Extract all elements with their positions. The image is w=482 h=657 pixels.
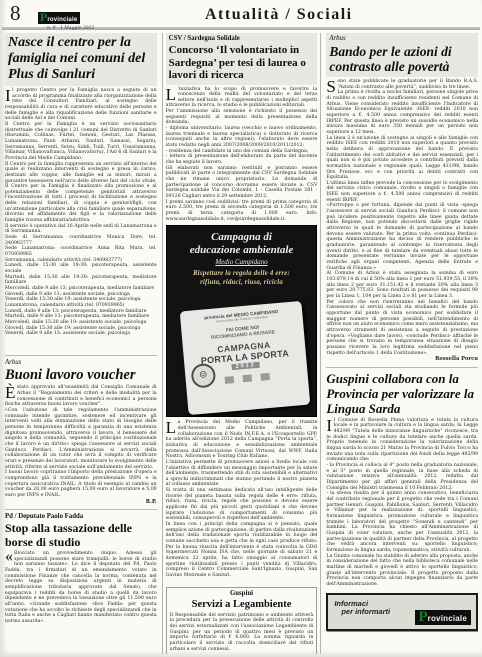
body-paragraph: La linea 2 è un'azione di sostegno ai si… — [326, 136, 478, 181]
body-paragraph: Sede Lunamatrona: coordinatrice Anna Rit… — [5, 246, 157, 257]
article-bando-paragraphs: La prima è rivolta a nuclei familiari, p… — [326, 90, 478, 356]
article-famiglia: Nasce il centro per la famiglia nei comu… — [5, 33, 157, 337]
article-lingua: Guspini collabora con la Provincia per v… — [326, 371, 478, 588]
drop-cap: S — [326, 79, 337, 94]
masthead-p-icon: P — [418, 611, 427, 623]
article-bando-title: Bando per le azioni di contrasto alle po… — [329, 44, 475, 74]
article-voucher-body: È stato approvato all'unanimità dal Cons… — [5, 385, 157, 505]
article-csv-kicker: CSV / Sardegna Solidale — [169, 35, 315, 43]
body-paragraph: In linea con i principi della campagna s… — [166, 522, 318, 579]
article-csv: CSV / Sardegna Solidale Concorso ‘Il vol… — [166, 33, 318, 222]
drop-cap: L — [166, 420, 178, 435]
drop-cap: I — [326, 418, 333, 433]
article-sporta: La Provincia del Medio Campidano, per il… — [166, 420, 318, 578]
section-title: Attualità / Sociali — [205, 6, 353, 24]
body-paragraph: Mercoledì, dalle 15:30 alle 19: assisten… — [5, 320, 157, 326]
body-paragraph: Gli elaborati non saranno restituiti e p… — [166, 166, 318, 200]
newspaper-page: 8 Provinciale n. 9 - 1 Maggio 2012 Attua… — [0, 0, 482, 657]
body-paragraph: La Giunta comunale ha stabilito di aderi… — [326, 554, 478, 588]
article-sporta-paragraphs: L'iniziativa permette di promuovere azio… — [166, 460, 318, 579]
whitespace — [5, 337, 157, 351]
body-paragraph: «Purtroppo o per fortuna, dipende dai pu… — [326, 203, 478, 271]
body-paragraph: Il Responsabile del servizio patrimonio … — [170, 613, 314, 653]
article-bando-kicker: Arbus — [329, 35, 475, 43]
campaign-ad-subtitle: Medio Campidano — [167, 258, 317, 266]
body-paragraph: I buoni lavoro copriranno l'importo dell… — [5, 470, 157, 498]
page-header: 8 Provinciale n. 9 - 1 Maggio 2012 Attua… — [0, 0, 482, 27]
article-famiglia-paragraphs: Il Centro per la Famiglia è un servizio … — [5, 122, 157, 337]
body-paragraph: - lettera di presentazione dell'elaborat… — [166, 154, 318, 165]
body-paragraph: Il Centro per la famiglia rappresenta un… — [5, 162, 157, 224]
article-famiglia-body: Il progetto Centro per la Famiglia nasce… — [5, 88, 157, 337]
body-paragraph: Mercoledì, dalle 9 alle 13: psicoterapeu… — [5, 286, 157, 292]
article-divider — [5, 355, 157, 356]
campaign-ad: Campagna di educazione ambientale Medio … — [166, 225, 318, 417]
article-fadda-body: «Bloccato un provvedimento iniquo. Adess… — [5, 551, 157, 625]
article-bando: Arbus Bando per le azioni di contrasto a… — [326, 33, 478, 363]
promo-ad: Informaci per informarti Provinciale — [326, 593, 478, 631]
article-sporta-body: La Provincia del Medio Campidano, per il… — [166, 420, 318, 578]
page-number: 8 — [10, 1, 21, 25]
article-csv-paragraphs: Per l'ammissione alla selezione è richie… — [166, 109, 318, 222]
drop-cap: L — [166, 87, 178, 102]
body-paragraph: Sede di Serramanna: coordinatrice Monica… — [5, 235, 157, 246]
article-fadda: Pd / Deputato Paolo Fadda Stop alla tass… — [5, 513, 157, 625]
body-paragraph: Per coloro che non rientreranno nei bene… — [326, 300, 478, 357]
masthead-logo: Provinciale — [38, 12, 80, 24]
issue-date: n. 9 - 1 Maggio 2012 — [38, 26, 94, 31]
column-right: Arbus Bando per le azioni di contrasto a… — [326, 33, 478, 654]
article-legambiente-kicker: Guspini — [170, 590, 314, 598]
partner-logo-icon — [242, 375, 252, 383]
campaign-year-badge: 2012 — [231, 362, 260, 370]
body-paragraph: - diploma universitario, laurea (vecchio… — [166, 126, 318, 149]
article-bando-body: Sono state pubblicate le graduatorie per… — [326, 79, 478, 363]
bag-partner-logos — [224, 373, 269, 384]
article-famiglia-title: Nasce il centro per la famiglia nei comu… — [8, 35, 154, 83]
article-legambiente-body: Il Responsabile del servizio patrimonio … — [170, 613, 314, 653]
body-paragraph: La prima è rivolta a nuclei familiari, p… — [326, 90, 478, 135]
body-paragraph: Al Comune di Arbus è stata assegnata la … — [326, 271, 478, 299]
article-divider — [5, 509, 157, 510]
body-paragraph: - la Provincia si colloca al 4° posto ne… — [326, 463, 478, 491]
article-lingua-paragraphs: - la Provincia si colloca al 4° posto ne… — [326, 463, 478, 587]
promo-masthead-logo: Provinciale — [415, 610, 471, 625]
drop-cap: È — [5, 385, 17, 400]
partner-logo-icon — [260, 373, 270, 381]
quote-mark-icon: « — [5, 551, 14, 563]
body-paragraph: - la stessa risulta per il quinto anno c… — [326, 491, 478, 553]
article-voucher-title: Buoni lavoro voucher — [5, 368, 157, 384]
body-paragraph: Il servizio è operativo dal 16 Aprile ne… — [5, 224, 157, 235]
article-legambiente-title: Servizi a Legambiente — [170, 599, 314, 611]
column-left: Nasce il centro per la famiglia nei comu… — [5, 33, 157, 654]
body-paragraph: I premi saranno così suddivisi: tre prem… — [166, 200, 318, 223]
body-paragraph: Per l'ammissione alla selezione è richie… — [166, 109, 318, 126]
masthead: Provinciale n. 9 - 1 Maggio 2012 — [38, 6, 94, 31]
article-legambiente: Guspini Servizi a Legambiente Il Respons… — [166, 587, 318, 654]
article-voucher-paragraphs: «Con l'adozione di tale regolamento l'am… — [5, 408, 157, 499]
article-csv-headline-box: CSV / Sardegna Solidale Concorso ‘Il vol… — [166, 33, 318, 85]
body-paragraph: L'ultima linea infine prevede la concess… — [326, 181, 478, 204]
article-lingua-title: Guspini collabora con la Provincia per v… — [326, 371, 478, 416]
partner-logo-icon — [224, 376, 234, 384]
article-bando-signature: Rossella Porcu — [326, 357, 478, 363]
body-paragraph: Martedì, dalle 15:30 alle 19:30: psicote… — [5, 275, 157, 286]
article-lingua-body: Il Comune di Rossella Pinna valorizza e … — [326, 418, 478, 588]
body-paragraph: Si tratta di una settimana dedicata all'… — [166, 488, 318, 522]
article-csv-body: L'iniziativa ha lo scopo di promuovere e… — [166, 87, 318, 223]
article-famiglia-headline-box: Nasce il centro per la famiglia nei comu… — [5, 33, 157, 86]
body-paragraph: Il Centro per la Famiglia è un servizio … — [5, 122, 157, 162]
masthead-p-icon: P — [40, 12, 47, 22]
column-middle: CSV / Sardegna Solidale Concorso ‘Il vol… — [162, 33, 322, 654]
campaign-ad-slogan-1: Rispettare la regola delle 4 erre: — [167, 270, 317, 277]
campaign-ad-title: Campagna di educazione ambientale — [167, 231, 317, 256]
body-paragraph: Lunedì, dalle 15:30 alle 19:30: psicoter… — [5, 263, 157, 274]
bag-stamp-icon: ☺ — [190, 363, 216, 389]
article-fadda-title: Stop alla tassazione delle borse di stud… — [5, 522, 157, 549]
body-paragraph: L'iniziativa permette di promuovere azio… — [166, 460, 318, 488]
campaign-ad-slogan-2: rifiuta, riduci, riusa, ricicla — [167, 279, 317, 286]
article-voucher-kicker: Arbus — [5, 359, 157, 367]
article-voucher: Arbus Buoni lavoro voucher È stato appro… — [5, 359, 157, 505]
article-fadda-kicker: Pd / Deputato Paolo Fadda — [5, 513, 157, 521]
article-divider — [326, 367, 478, 368]
promo-ad-text: Informaci per informarti — [334, 600, 390, 617]
body-paragraph: «Con l'adozione di tale regolamento l'am… — [5, 408, 157, 470]
content-columns: Nasce il centro per la famiglia nei comu… — [0, 30, 482, 654]
article-csv-title: Concorso ‘Il volontariato in Sardegna’ p… — [169, 44, 315, 82]
sporta-bag-image: provincia del MEDIO CAMPIDANO Assessorat… — [179, 301, 310, 415]
article-voucher-signature: R.P. — [5, 500, 157, 506]
article-bando-headline-box: Arbus Bando per le azioni di contrasto a… — [326, 33, 478, 77]
